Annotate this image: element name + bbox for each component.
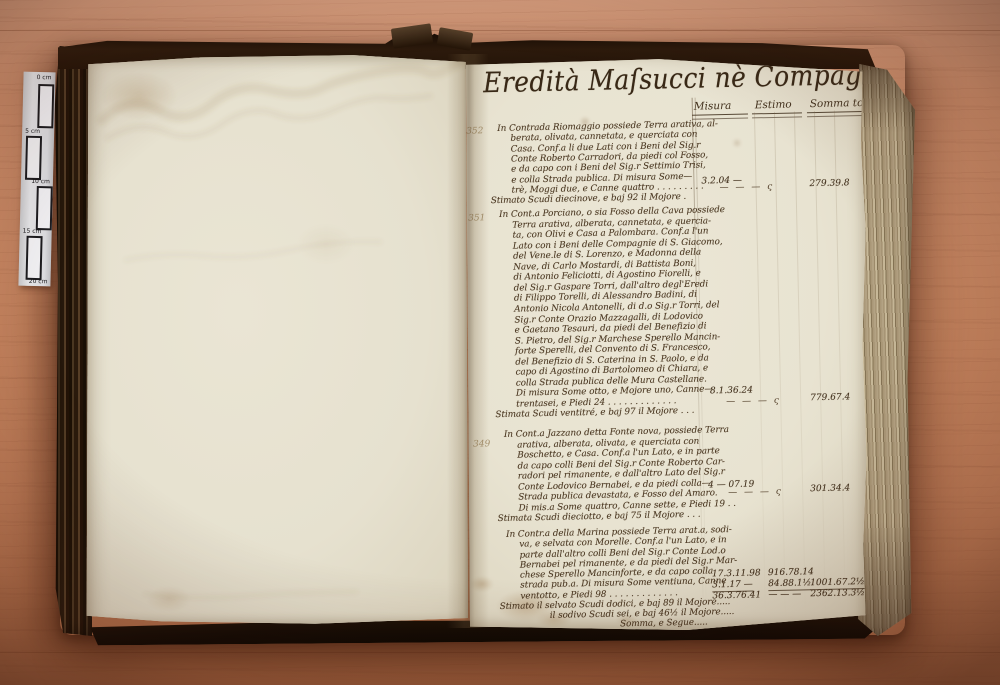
somma-totale-value: 301.34.4 bbox=[810, 483, 850, 494]
somma-totale-value: 2362.13.3½ bbox=[810, 588, 865, 599]
paper-stain bbox=[100, 72, 178, 120]
book-cover-edge bbox=[55, 46, 92, 636]
estimo-value: — — — bbox=[768, 589, 801, 600]
ruler-block bbox=[26, 236, 43, 280]
ledger-dash-leader: — — — ς bbox=[719, 181, 799, 193]
ruler-label: 0 cm bbox=[37, 74, 52, 81]
photo-scale-ruler: 0 cm 5 cm 10 cm 15 cm 20 cm bbox=[18, 72, 55, 287]
wood-plank-seam bbox=[0, 30, 1000, 31]
misura-value: 36.3.76.41 bbox=[712, 590, 761, 601]
entry-margin-number: 352 bbox=[466, 126, 483, 136]
entry-line: Somma, e Segue..... bbox=[620, 618, 708, 630]
entry-margin-number: 351 bbox=[468, 213, 485, 223]
paper-stain bbox=[146, 586, 192, 612]
archive-photo-scene: 0 cm 5 cm 10 cm 15 cm 20 cm bbox=[0, 0, 1000, 685]
column-header-estimo: Estimo bbox=[755, 99, 792, 112]
show-through-ghost-text bbox=[86, 54, 468, 626]
misura-value: 17.3.11.98 bbox=[712, 568, 761, 579]
ruler-block bbox=[37, 84, 54, 128]
entry-margin-number: 349 bbox=[473, 439, 490, 449]
ruler-label: 10 cm bbox=[31, 178, 50, 185]
manuscript-content: 129 Eredità Maſsucci nè Compagnoni~ Misu… bbox=[465, 50, 879, 631]
column-header-misura: Misura bbox=[694, 100, 732, 113]
wood-plank-seam bbox=[0, 652, 1000, 653]
ledger-dash-leader: — — — ς bbox=[726, 395, 802, 407]
ruler-label: 5 cm bbox=[25, 128, 40, 135]
estimo-value: 916.78.14 bbox=[768, 567, 814, 578]
ruler-label: 20 cm bbox=[29, 278, 48, 285]
ruler-label: 15 cm bbox=[23, 228, 42, 235]
ruler-block bbox=[36, 186, 53, 230]
ledger-dash-leader: — — — ς bbox=[728, 486, 802, 498]
paper-stain bbox=[296, 224, 356, 264]
right-page: 129 Eredità Maſsucci nè Compagnoni~ Misu… bbox=[466, 58, 868, 630]
somma-totale-value: 279.39.8 bbox=[809, 178, 849, 189]
somma-totale-value: 779.67.4 bbox=[810, 392, 850, 403]
ruler-block bbox=[25, 136, 42, 180]
misura-value: 8.1.36.24 bbox=[710, 385, 753, 396]
left-page bbox=[86, 54, 468, 626]
